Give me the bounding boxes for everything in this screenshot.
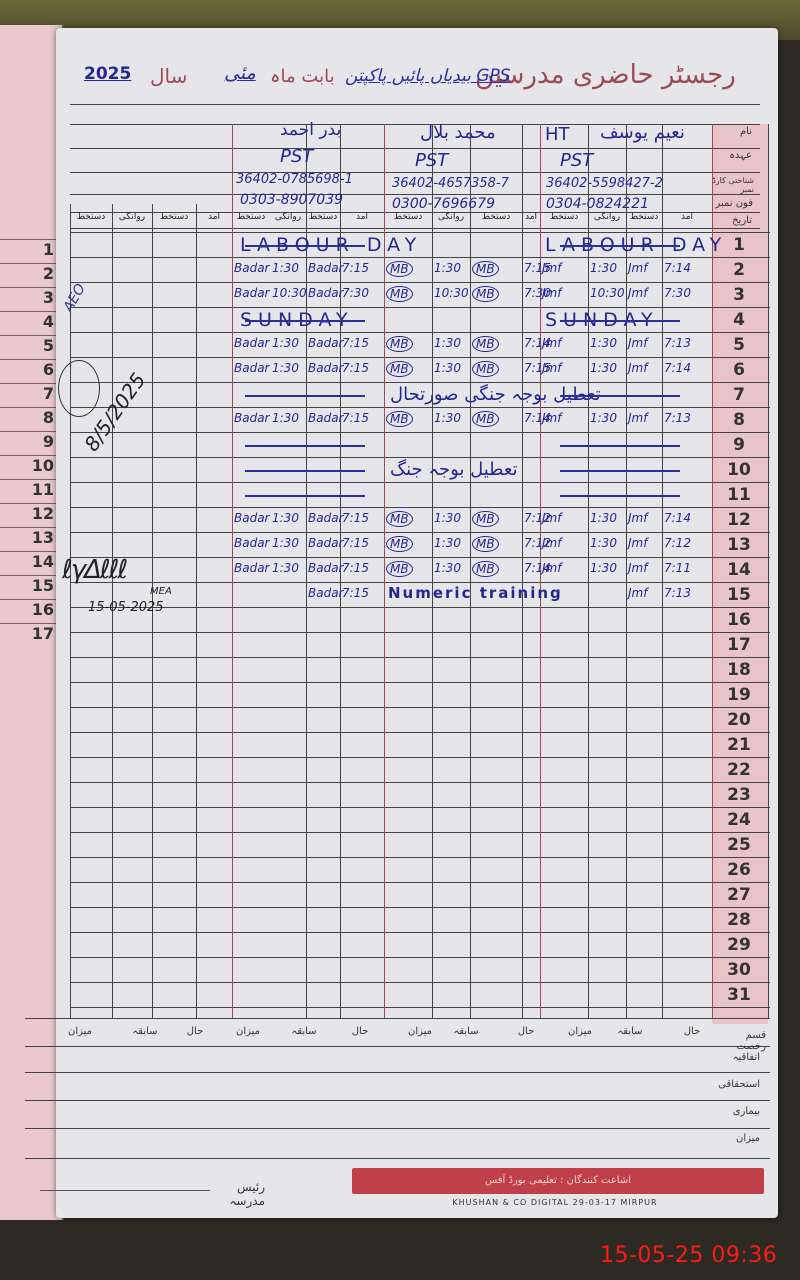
summary-header-total: میزان [560,1026,600,1037]
day-rule-3 [70,307,770,308]
time-entry: 10:30 [590,286,625,300]
column-rule-12 [588,124,589,1018]
date-cell: 16 [718,610,760,630]
time-entry: 1:30 [434,511,461,525]
time-entry: 7:12 [524,536,551,550]
time-entry: 1:30 [590,561,617,575]
signature-entry: Jmf [628,286,647,300]
date-cell: 11 [718,485,760,505]
month-value: مئی [224,62,256,84]
time-entry: 7:13 [664,586,691,600]
summary-rule-2 [25,1072,770,1073]
header-rule-6 [70,228,760,229]
date-cell: 3 [718,285,760,305]
date-cell: 10 [718,460,760,480]
date-cell: 31 [718,985,760,1005]
time-entry: 7:15 [342,511,369,525]
time-entry: 1:30 [590,336,617,350]
signature-entry: Badar [234,286,270,300]
date-cell: 9 [718,435,760,455]
date-cell: 7 [718,385,760,405]
day-rule-25 [70,857,770,858]
column-header-signature: آمد [522,212,540,222]
date-cell: 22 [718,760,760,780]
signature-entry: Badar [234,261,270,275]
column-rule-3 [196,204,197,1018]
strike-line [245,395,365,397]
signature-entry: Jmf [628,511,647,525]
day-rule-18 [70,682,770,683]
day-rule-10 [70,482,770,483]
time-entry: 7:15 [524,261,551,275]
signature-entry: MB [386,261,413,277]
day-rule-13 [70,557,770,558]
school-name: GPS بیدیاں پائیں پاکپتن [345,66,511,86]
column-rule-10 [522,124,523,1018]
date-cell: 5 [718,335,760,355]
time-entry: 1:30 [272,561,299,575]
previous-page-date: 10 [0,455,58,479]
previous-page-date: 16 [0,599,58,623]
day-rule-4 [70,332,770,333]
supervisor-sign-date: 15-05-2025 [88,600,164,615]
teacher-3-cnic: 36402-0785698-1 [236,172,353,187]
day-rule-15 [70,607,770,608]
date-cell: 8 [718,410,760,430]
time-entry: 1:30 [272,536,299,550]
day-rule-9 [70,457,770,458]
time-entry: 7:15 [342,586,369,600]
column-rule-9 [470,124,471,1018]
day-rule-19 [70,707,770,708]
signature-entry: MB [472,536,499,552]
summary-row-label: میزان [720,1133,760,1144]
day-rule-29 [70,957,770,958]
day-rule-0 [70,232,770,233]
teacher-2-designation: PST [415,150,448,171]
column-rule-7 [384,124,385,1018]
camera-timestamp: 15-05-25 09:36 [600,1243,777,1268]
day-rule-11 [70,507,770,508]
previous-page-date: 11 [0,479,58,503]
column-header-signature: روانگی [112,212,152,222]
signature-entry: Badar [234,536,270,550]
time-entry: 1:30 [434,361,461,375]
previous-page-date: 14 [0,551,58,575]
signature-entry: Badar [308,536,344,550]
signature-entry: MB [386,411,413,427]
signature-entry: MB [386,561,413,577]
date-cell: 2 [718,260,760,280]
day-rule-23 [70,807,770,808]
day-rule-8 [70,432,770,433]
time-entry: 10:30 [434,286,469,300]
date-cell: 28 [718,910,760,930]
label-date: تاریخ [712,215,752,226]
summary-header-total: میزان [60,1026,100,1037]
header-rule-3 [70,172,760,173]
signature-entry: Jmf [628,336,647,350]
column-header-departure: دستخط [152,212,196,222]
previous-page-date: 17 [0,623,58,647]
summary-header-previous: سابقہ [125,1026,165,1037]
time-entry: 7:14 [524,411,551,425]
signature-entry: MB [386,336,413,352]
column-header-arrival: دستخط [70,212,112,222]
teacher-2-phone: 0300-7696679 [392,196,495,212]
signature-entry: MB [472,261,499,277]
day-rule-26 [70,882,770,883]
previous-page-edge: 1234567891011121314151617 [0,25,64,1220]
summary-rule-3 [25,1100,770,1101]
summary-rule-5 [25,1158,770,1159]
time-entry: 7:15 [342,361,369,375]
column-rule-5 [306,124,307,1018]
previous-page-date: 1 [0,239,58,263]
signature-entry: Badar [308,586,344,600]
column-rule-4 [232,124,233,1018]
supervisor-signature: ℓγΔℓℓℓ [62,555,126,585]
time-entry: 1:30 [272,361,299,375]
strike-line [560,320,680,322]
label-designation: عہدہ [705,150,752,161]
column-header-signature: روانگی [588,212,626,222]
summary-row-label: اتفاقیہ [720,1052,760,1063]
header-rule-4 [70,194,760,195]
date-cell: 17 [718,635,760,655]
strike-line [560,395,680,397]
signature-entry: MB [472,561,499,577]
signature-entry: MB [472,361,499,377]
previous-page-date: 12 [0,503,58,527]
time-entry: 7:30 [664,286,691,300]
day-rule-16 [70,632,770,633]
date-cell: 6 [718,360,760,380]
column-rule-8 [432,124,433,1018]
signature-entry: MB [472,411,499,427]
previous-page-date: 15 [0,575,58,599]
signature-entry: Badar [234,361,270,375]
time-entry: 7:13 [664,336,691,350]
previous-page-date: 4 [0,311,58,335]
day-rule-17 [70,657,770,658]
time-entry: 1:30 [590,511,617,525]
signature-entry: MB [472,286,499,302]
time-entry: 1:30 [272,411,299,425]
column-rule-14 [662,124,663,1018]
time-entry: 7:14 [664,361,691,375]
teacher-1-designation: PST [560,150,593,171]
summary-header-previous: سابقہ [284,1026,324,1037]
strike-line [560,470,680,472]
time-entry: 1:30 [434,261,461,275]
time-entry: 1:30 [434,561,461,575]
previous-page-date: 13 [0,527,58,551]
label-cnic: شناختی کارڈ نمبر [700,176,754,194]
time-entry: 7:14 [524,336,551,350]
strike-line [560,245,680,247]
day-rule-2 [70,282,770,283]
summary-header-current: حال [506,1026,546,1037]
date-cell: 21 [718,735,760,755]
previous-page-date: 6 [0,359,58,383]
summary-rule-1 [25,1046,770,1047]
day-rule-5 [70,357,770,358]
date-cell: 14 [718,560,760,580]
date-cell: 13 [718,535,760,555]
date-cell: 19 [718,685,760,705]
signature-entry: Badar [308,511,344,525]
date-cell: 15 [718,585,760,605]
time-entry: 7:14 [664,261,691,275]
teacher-1-name: نعیم یوسف [600,122,685,143]
strike-line [245,470,365,472]
column-rule-15 [712,124,713,1018]
head-signature-label: رئیس مدرسہ [215,1180,265,1208]
register-title: رجسٹر حاضری مدرسین [475,60,736,90]
signature-entry: MB [472,336,499,352]
signature-entry: Badar [308,411,344,425]
date-cell: 20 [718,710,760,730]
signature-entry: Jmf [628,561,647,575]
signature-entry: Badar [308,561,344,575]
summary-leave-type-label: قسم رخصت [716,1030,766,1052]
summary-header-total: میزان [400,1026,440,1037]
day-rule-24 [70,832,770,833]
day-rule-1 [70,257,770,258]
signature-entry: Badar [308,286,344,300]
day-rule-12 [70,532,770,533]
strike-line [245,320,365,322]
teacher-2-name: محمد بلال [420,122,496,143]
summary-rule-0 [25,1018,770,1019]
signature-entry: Badar [308,336,344,350]
signature-entry: MB [386,511,413,527]
previous-page-date: 7 [0,383,58,407]
day-rule-30 [70,982,770,983]
time-entry: 7:15 [524,361,551,375]
teacher-3-designation: PST [280,146,313,167]
signature-entry: Jmf [628,361,647,375]
teacher-3-name: بدر احمد [280,120,341,140]
column-header-departure: دستخط [470,212,522,222]
day-rule-21 [70,757,770,758]
date-cell: 18 [718,660,760,680]
previous-page-date: 8 [0,407,58,431]
signature-entry: Jmf [628,411,647,425]
day-note: تعطیل بوجہ جنگ [390,459,518,480]
signature-entry: Badar [234,511,270,525]
summary-row-label: استحقاقی [720,1079,760,1090]
column-rule-16 [768,124,769,1018]
strike-line [560,495,680,497]
signature-entry: Jmf [628,586,647,600]
column-header-signature: روانگی [432,212,470,222]
signature-entry: Badar [308,261,344,275]
column-header-departure: دستخط [306,212,340,222]
summary-header-total: میزان [228,1026,268,1037]
date-cell: 4 [718,310,760,330]
time-entry: 1:30 [590,411,617,425]
day-note: Numeric training [388,584,563,602]
summary-rule-4 [25,1128,770,1129]
publisher-line: KHUSHAN & CO DIGITAL 29-03-17 MIRPUR [345,1198,765,1207]
publisher-band: اشاعت کنندگان : تعلیمی بورڈ آفس [352,1168,764,1194]
time-entry: 7:15 [342,411,369,425]
time-entry: 7:15 [342,536,369,550]
head-signature-line [40,1190,210,1191]
column-header-arrival: دستخط [540,212,588,222]
date-cell: 23 [718,785,760,805]
day-rule-31 [70,1007,770,1008]
column-header-signature: روانگی [270,212,306,222]
year-value: 2025 [84,64,131,84]
time-entry: 10:30 [272,286,307,300]
summary-header-current: حال [672,1026,712,1037]
date-cell: 12 [718,510,760,530]
day-rule-20 [70,732,770,733]
time-entry: 1:30 [590,261,617,275]
header-rule-0 [70,104,760,105]
date-cell: 27 [718,885,760,905]
date-cell: 24 [718,810,760,830]
column-header-arrival: دستخط [232,212,270,222]
day-rule-7 [70,407,770,408]
column-rule-0 [70,204,71,1018]
signature-entry: Badar [234,411,270,425]
supervisor-tag: MEA [150,586,172,597]
teacher-1-phone: 0304-0824221 [546,196,649,212]
time-entry: 7:15 [342,261,369,275]
time-entry: 7:13 [664,411,691,425]
day-rule-6 [70,382,770,383]
time-entry: 1:30 [272,261,299,275]
time-entry: 1:30 [434,411,461,425]
column-header-arrival: دستخط [384,212,432,222]
summary-header-current: حال [175,1026,215,1037]
day-rule-22 [70,782,770,783]
date-cell: 26 [718,860,760,880]
signature-entry: MB [472,511,499,527]
time-entry: 1:30 [434,336,461,350]
date-cell: 29 [718,935,760,955]
column-header-signature: آمد [662,212,712,222]
strike-line [245,495,365,497]
signature-entry: Badar [308,361,344,375]
month-label: بابت ماہ [270,66,335,87]
signature-entry: MB [386,361,413,377]
date-cell: 30 [718,960,760,980]
strike-line [245,245,365,247]
label-phone: فون نمبر [705,198,753,209]
column-rule-13 [626,124,627,1018]
column-header-signature: آمد [196,212,232,222]
year-label: سال [150,64,187,88]
header-rule-2 [70,148,760,149]
summary-header-previous: سابقہ [610,1026,650,1037]
time-entry: 1:30 [590,361,617,375]
time-entry: 1:30 [590,536,617,550]
day-rule-28 [70,932,770,933]
day-rule-14 [70,582,770,583]
time-entry: 7:14 [524,561,551,575]
previous-page-date: 3 [0,287,58,311]
day-rule-27 [70,907,770,908]
time-entry: 1:30 [272,511,299,525]
column-header-signature: آمد [340,212,384,222]
teacher-3-phone: 0303-8907039 [240,192,343,208]
time-entry: 7:30 [524,286,551,300]
signature-entry: Badar [234,561,270,575]
previous-page-date: 5 [0,335,58,359]
signature-entry: Jmf [628,261,647,275]
date-cell: 25 [718,835,760,855]
previous-page-date: 9 [0,431,58,455]
strike-line [560,445,680,447]
time-entry: 1:30 [272,336,299,350]
time-entry: 7:15 [342,336,369,350]
time-entry: 7:30 [342,286,369,300]
summary-header-current: حال [340,1026,380,1037]
signature-entry: MB [386,286,413,302]
time-entry: 7:12 [664,536,691,550]
previous-page-date: 2 [0,263,58,287]
signature-entry: Jmf [628,536,647,550]
visit-signature-circle [58,360,100,417]
time-entry: 7:15 [342,561,369,575]
label-name: نام [712,126,752,137]
time-entry: 1:30 [434,536,461,550]
time-entry: 7:12 [524,511,551,525]
teacher-1-cnic: 36402-5598427-2 [546,176,663,191]
summary-row-label: بیماری [720,1106,760,1117]
strike-line [245,445,365,447]
teacher-1-role-tag: HT [545,124,570,145]
teacher-2-cnic: 36402-4657358-7 [392,176,509,191]
time-entry: 7:14 [664,511,691,525]
signature-entry: Badar [234,336,270,350]
column-header-departure: دستخط [626,212,662,222]
signature-entry: MB [386,536,413,552]
summary-header-previous: سابقہ [446,1026,486,1037]
time-entry: 7:11 [664,561,691,575]
